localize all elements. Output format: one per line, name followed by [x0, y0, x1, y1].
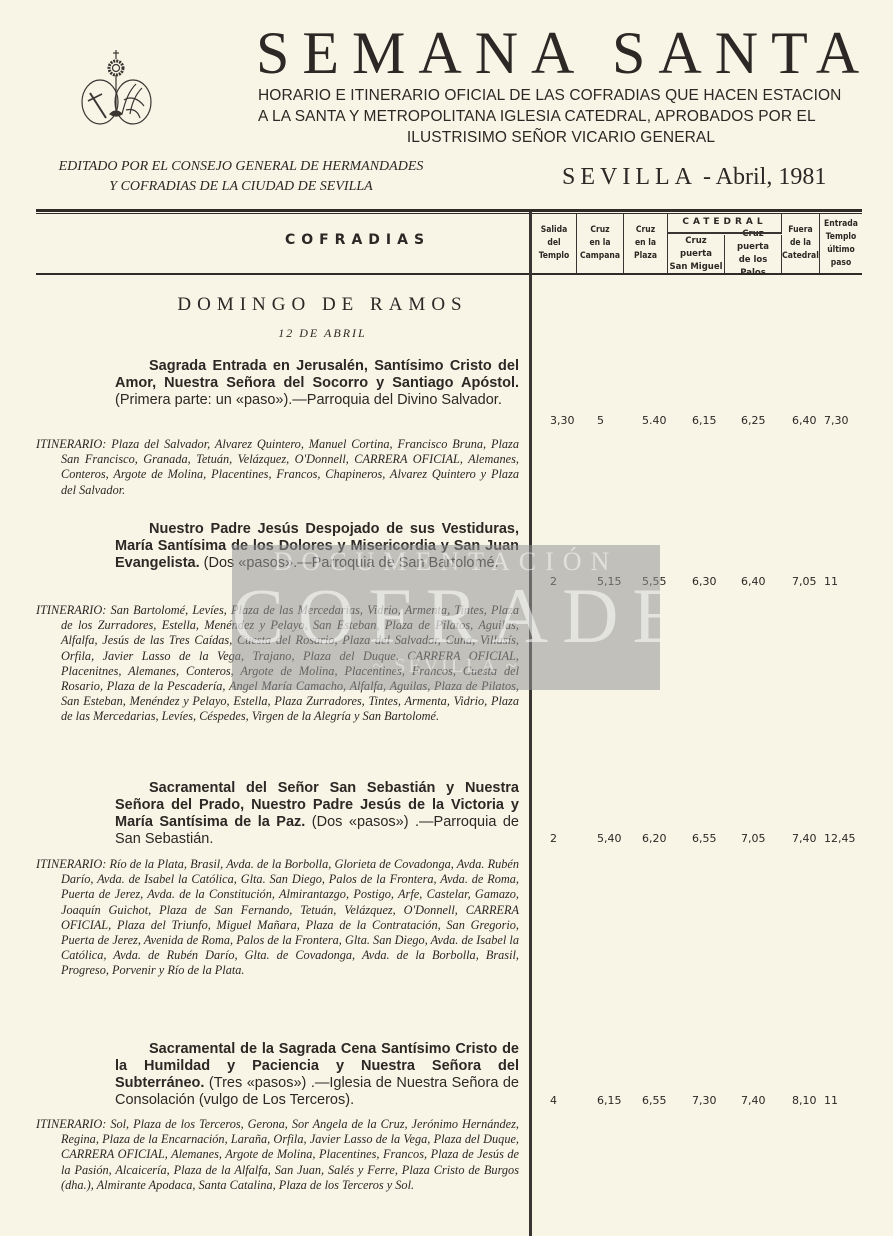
- itinerary: ITINERARIO: Plaza del Salvador, Alvarez …: [36, 437, 519, 498]
- time-cell: 5: [597, 414, 604, 427]
- city: SEVILLA: [562, 164, 697, 190]
- itinerary: ITINERARIO: Sol, Plaza de los Terceros, …: [36, 1117, 519, 1193]
- brotherhood-name: Sagrada Entrada en Jerusalén, Santísimo …: [115, 358, 519, 409]
- brotherhood-name: Sacramental de la Sagrada Cena Santísimo…: [115, 1041, 519, 1109]
- time-cell: 8,10: [792, 1094, 817, 1107]
- column-header-entrada-templo: EntradaTemploúltimopaso: [820, 214, 862, 273]
- editor-credit: EDITADO POR EL CONSEJO GENERAL DE HERMAN…: [36, 157, 446, 197]
- time-cell: 7,40: [741, 1094, 766, 1107]
- time-cell: 6,15: [597, 1094, 622, 1107]
- time-cell: 12,45: [824, 832, 856, 845]
- time-cell: 11: [824, 575, 838, 588]
- time-cell: 6,30: [692, 575, 717, 588]
- time-cell: 5,55: [642, 575, 667, 588]
- monstrance-emblem-icon: [78, 48, 158, 128]
- schedule-row: 46,156,557,307,408,1011: [532, 1094, 862, 1110]
- schedule-row: 25,155,556,306,407,0511: [532, 575, 862, 591]
- time-cell: 6,40: [741, 575, 766, 588]
- time-cell: 5.40: [642, 414, 667, 427]
- date: - Abril, 1981: [703, 164, 826, 190]
- time-cell: 6,25: [741, 414, 766, 427]
- column-divider: [529, 212, 532, 1236]
- column-group-catedral: CATEDRAL: [668, 214, 782, 234]
- document-page: SEMANA SANTA HORARIO E ITINERARIO OFICIA…: [0, 0, 893, 1236]
- day-title: DOMINGO DE RAMOS: [36, 294, 529, 316]
- day-date: 12 DE ABRIL: [36, 326, 529, 341]
- time-cell: 7,05: [792, 575, 817, 588]
- time-cell: 6,20: [642, 832, 667, 845]
- time-cell: 4: [550, 1094, 557, 1107]
- time-cell: 3,30: [550, 414, 575, 427]
- time-cell: 7,40: [792, 832, 817, 845]
- column-header-cruz-san-miguel: Cruz puertaSan Miguel: [668, 235, 725, 273]
- divider: [36, 209, 862, 212]
- page-subtitle: HORARIO E ITINERARIO OFICIAL DE LAS COFR…: [258, 85, 864, 148]
- page-title: SEMANA SANTA: [256, 18, 866, 88]
- schedule-row: 3,3055.406,156,256,407,30: [532, 414, 862, 430]
- brotherhood-name: Nuestro Padre Jesús Despojado de sus Ves…: [115, 521, 519, 572]
- time-cell: 2: [550, 575, 557, 588]
- column-header-fuera-catedral: Fuerade laCatedral: [782, 214, 820, 273]
- time-cell: 7,05: [741, 832, 766, 845]
- time-cell: 11: [824, 1094, 838, 1107]
- time-cell: 5,15: [597, 575, 622, 588]
- schedule-row: 25,406,206,557,057,4012,45: [532, 832, 862, 848]
- time-cell: 2: [550, 832, 557, 845]
- time-cell: 6,55: [692, 832, 717, 845]
- place-date: SEVILLA - Abril, 1981: [562, 164, 826, 191]
- time-cell: 6,55: [642, 1094, 667, 1107]
- column-header-cruz-palos: Cruz puertade los Palos: [725, 235, 782, 273]
- time-cell: 5,40: [597, 832, 622, 845]
- column-header-cruz-campana: Cruzen laCampana: [577, 214, 624, 273]
- brotherhood-name: Sacramental del Señor San Sebastián y Nu…: [115, 780, 519, 848]
- itinerary: ITINERARIO: San Bartolomé, Levíes, Plaza…: [36, 603, 519, 725]
- editor-line: Y COFRADIAS DE LA CIUDAD DE SEVILLA: [36, 177, 446, 197]
- subtitle-line: A LA SANTA Y METROPOLITANA IGLESIA CATED…: [258, 106, 864, 127]
- column-header-salida-templo: SalidadelTemplo: [532, 214, 577, 273]
- time-cell: 7,30: [692, 1094, 717, 1107]
- subtitle-line: HORARIO E ITINERARIO OFICIAL DE LAS COFR…: [258, 85, 864, 106]
- column-header-cofradias: COFRADIAS: [36, 232, 529, 248]
- itinerary: ITINERARIO: Río de la Plata, Brasil, Avd…: [36, 857, 519, 979]
- time-cell: 6,15: [692, 414, 717, 427]
- subtitle-line: ILUSTRISIMO SEÑOR VICARIO GENERAL: [258, 127, 864, 148]
- time-cell: 7,30: [824, 414, 849, 427]
- column-header-cruz-plaza: Cruzen laPlaza: [624, 214, 668, 273]
- time-cell: 6,40: [792, 414, 817, 427]
- editor-line: EDITADO POR EL CONSEJO GENERAL DE HERMAN…: [36, 157, 446, 177]
